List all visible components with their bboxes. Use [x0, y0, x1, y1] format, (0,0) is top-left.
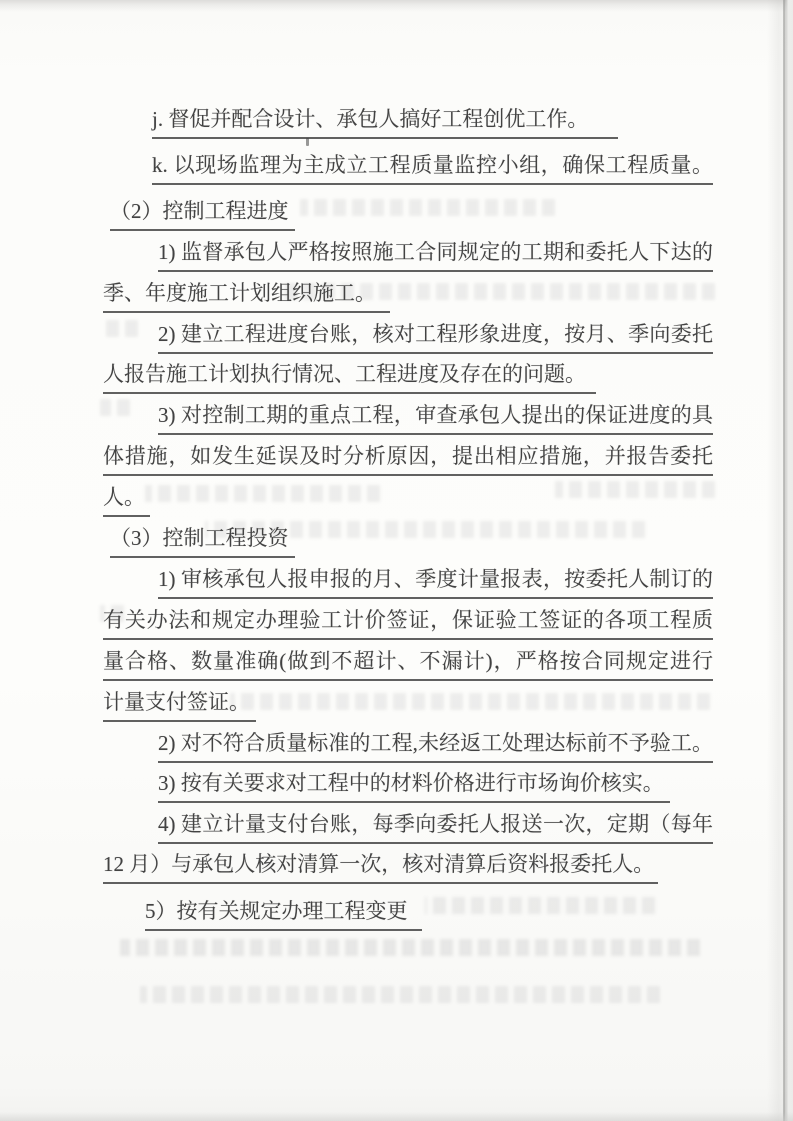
bleed-through-artifact — [425, 897, 655, 914]
text-line: 2) 对不符合质量标准的工程,未经返工处理达标前不予验工。 — [158, 728, 713, 763]
scan-right-shadow — [767, 0, 793, 1121]
bleed-through-artifact — [100, 320, 138, 337]
text-line: 2) 建立工程进度台账，核对工程形象进度，按月、季向委托 — [158, 319, 713, 354]
text-line: 4) 建立计量支付台账，每季向委托人报送一次，定期（每年 — [158, 809, 713, 844]
scanned-page: j. 督促并配合设计、承包人搞好工程创优工作。 k. 以现场监理为主成立工程质量… — [0, 0, 793, 1121]
page-edge-line — [783, 0, 785, 1121]
text-line: 季、年度施工计划组织施工。 — [103, 278, 390, 313]
text-line-item-j: j. 督促并配合设计、承包人搞好工程创优工作。 — [152, 104, 618, 139]
section-heading-3: （3）控制工程投资 — [110, 523, 295, 558]
text-line-item-k: k. 以现场监理为主成立工程质量监控小组，确保工程质量。 — [152, 150, 713, 185]
section-heading-2: （2）控制工程进度 — [110, 196, 295, 231]
bleed-through-artifact — [145, 485, 380, 502]
text-line: 3) 按有关要求对工程中的材料价格进行市场询价核实。 — [158, 768, 670, 803]
bleed-through-artifact — [100, 399, 130, 416]
scan-bottom-edge — [0, 1112, 793, 1121]
scan-top-edge — [0, 0, 793, 12]
bleed-through-artifact — [230, 693, 710, 710]
text-line: 人。 — [103, 482, 150, 517]
text-line: 12 月）与承包人核对清算一次，核对清算后资料报委托人。 — [103, 849, 658, 884]
bleed-through-artifact — [300, 199, 555, 216]
text-line: 1) 审核承包人报申报的月、季度计量报表，按委托人制订的 — [158, 564, 713, 599]
text-line: 有关办法和规定办理验工计价签证，保证验工签证的各项工程质 — [103, 605, 713, 640]
scan-speck-artifact — [306, 138, 309, 146]
text-line: 体措施，如发生延误及时分析原因，提出相应措施，并报告委托 — [103, 441, 713, 476]
bleed-through-artifact — [555, 481, 715, 498]
text-line: 人报告施工计划执行情况、工程进度及存在的问题。 — [103, 359, 596, 394]
text-line: 1) 监督承包人严格按照施工合同规定的工期和委托人下达的 — [158, 237, 713, 272]
bleed-through-artifact — [120, 939, 700, 956]
text-line: 3) 对控制工期的重点工程，审查承包人提出的保证进度的具 — [158, 400, 713, 435]
bleed-through-artifact — [140, 986, 660, 1003]
text-line: 5）按有关规定办理工程变更 — [145, 896, 422, 931]
text-line: 计量支付签证。 — [103, 687, 256, 722]
text-line: 量合格、数量准确(做到不超计、不漏计)，严格按合同规定进行 — [103, 646, 713, 681]
